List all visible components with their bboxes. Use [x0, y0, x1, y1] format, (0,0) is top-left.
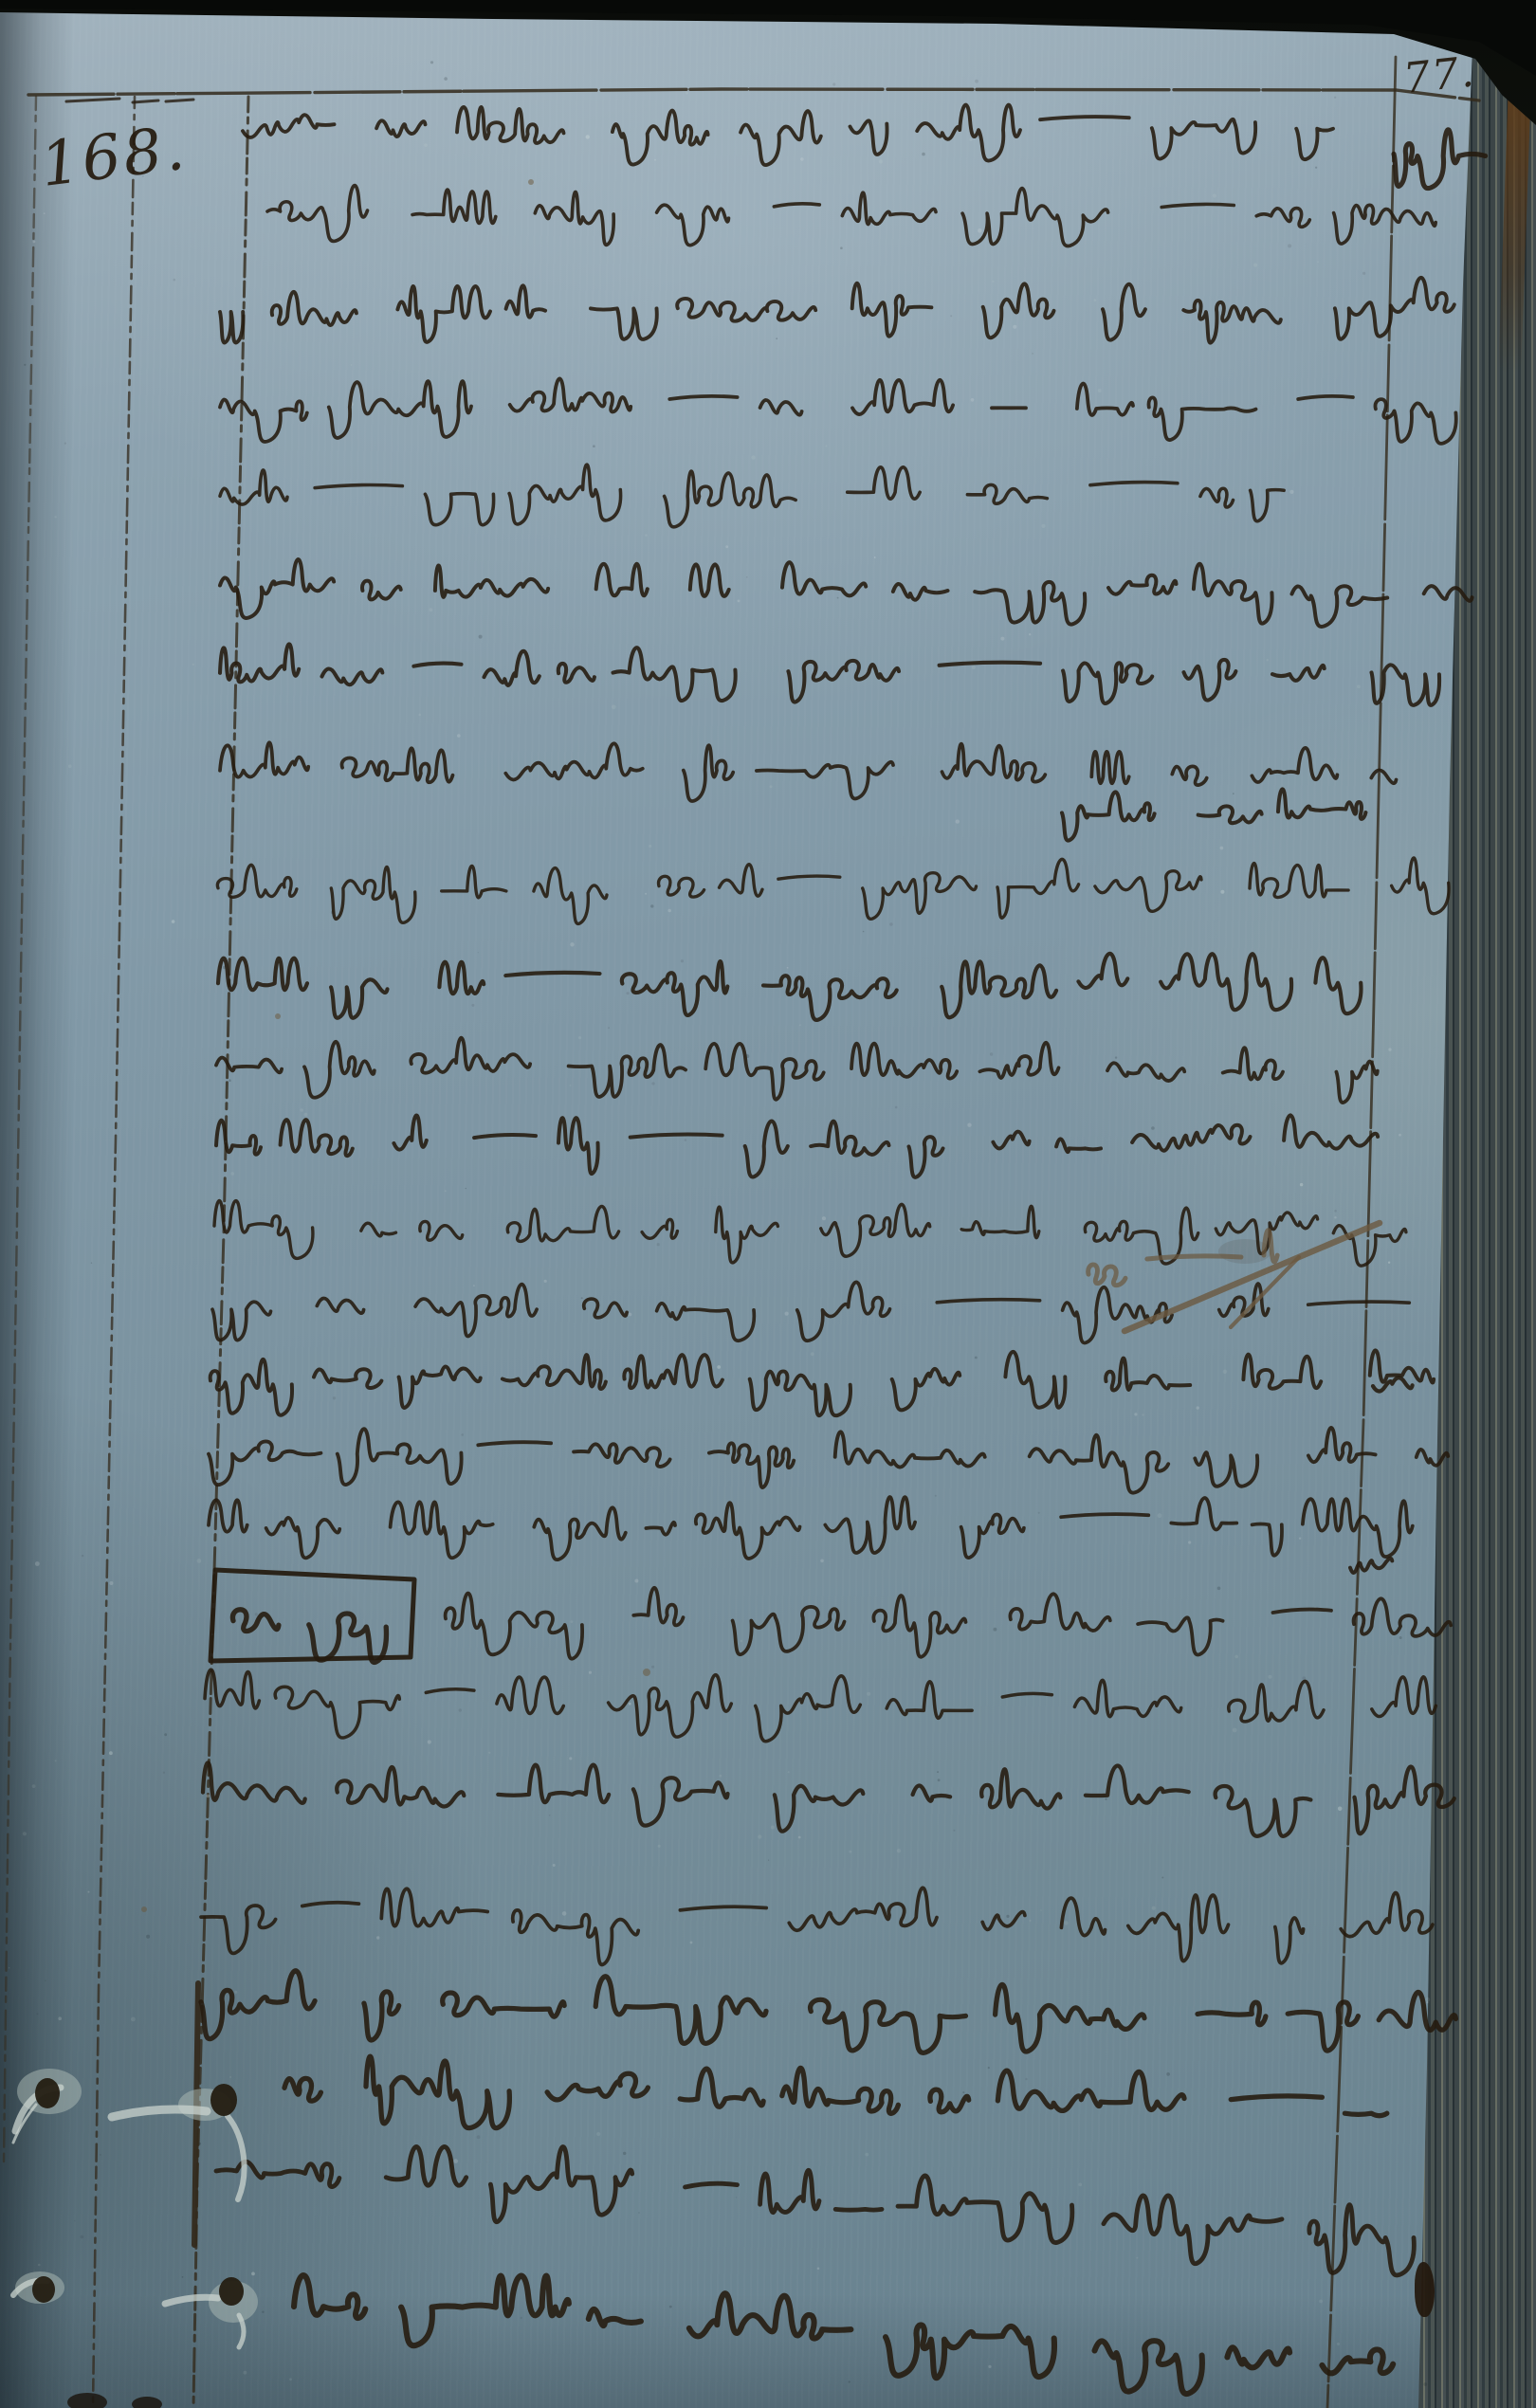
text-line-15 [212, 1282, 1409, 1342]
bottom-edge-blot [132, 2397, 162, 2408]
hole [35, 2078, 60, 2108]
paper-speck [141, 1906, 147, 1912]
text-line-10 [217, 858, 1449, 924]
text-line-11 [218, 954, 1361, 1020]
top-rule [28, 89, 1479, 100]
manuscript-scan: 168. 77. [0, 0, 1536, 2408]
text-line-7 [220, 644, 1439, 704]
annotation-squiggle-3 [1350, 1559, 1392, 1573]
text-line-26 [294, 2275, 1393, 2394]
text-line-1 [243, 105, 1333, 165]
text-line-2 [267, 186, 1435, 246]
boxed-word-text [232, 1610, 386, 1663]
text-line-13 [216, 1115, 1378, 1177]
bottom-edge-blot [67, 2393, 107, 2408]
text-line-22 [201, 1888, 1433, 1964]
paper-speck [643, 1669, 650, 1676]
text-line-8 [220, 742, 1397, 801]
text-line-12 [216, 1038, 1378, 1103]
text-line-21 [203, 1762, 1454, 1835]
v-left-border [4, 97, 36, 2162]
folio-number: 77. [1401, 47, 1478, 103]
v-text-margin [193, 97, 248, 2408]
ink-layer: 168. 77. [0, 0, 1536, 2408]
hole [219, 2277, 244, 2306]
stitching-hole-3 [13, 2271, 64, 2304]
entry-number: 168. [37, 114, 191, 201]
text-line-24 [284, 2056, 1387, 2127]
ditto-mark-1 [66, 99, 119, 101]
ditto-mark-2 [133, 100, 158, 102]
text-line-6 [220, 559, 1472, 627]
correction-slash-1 [1125, 1223, 1380, 1331]
annotation-squiggle-2 [1373, 1377, 1413, 1391]
v-col-2 [93, 97, 135, 2408]
text-line-3 [220, 278, 1454, 343]
thread [228, 2116, 245, 2199]
paper-speck [528, 179, 534, 185]
text-line-19 [446, 1588, 1452, 1659]
text-line-4 [220, 378, 1456, 443]
text-line-20 [205, 1669, 1435, 1742]
hole [32, 2276, 55, 2303]
paper-marks [9, 61, 1430, 2408]
paper-speck [275, 1013, 281, 1019]
text-line-9 [1062, 789, 1365, 840]
text-line-5 [220, 465, 1284, 527]
thread [239, 2315, 244, 2347]
text-line-16 [210, 1350, 1434, 1415]
handwriting-lines [66, 99, 1486, 2394]
hole [210, 2084, 237, 2116]
text-line-17 [209, 1428, 1448, 1493]
stitching-hole-2 [112, 2084, 245, 2199]
text-line-18 [209, 1497, 1413, 1560]
stitching-holes [13, 2069, 258, 2347]
annotation-squiggle-4 [1394, 130, 1486, 189]
stitching-hole-4 [165, 2277, 258, 2347]
stitching-hole-1 [13, 2069, 82, 2143]
text-line-23 [201, 1971, 1455, 2053]
ditto-mark-3 [166, 100, 193, 101]
text-line-25 [216, 2146, 1414, 2274]
